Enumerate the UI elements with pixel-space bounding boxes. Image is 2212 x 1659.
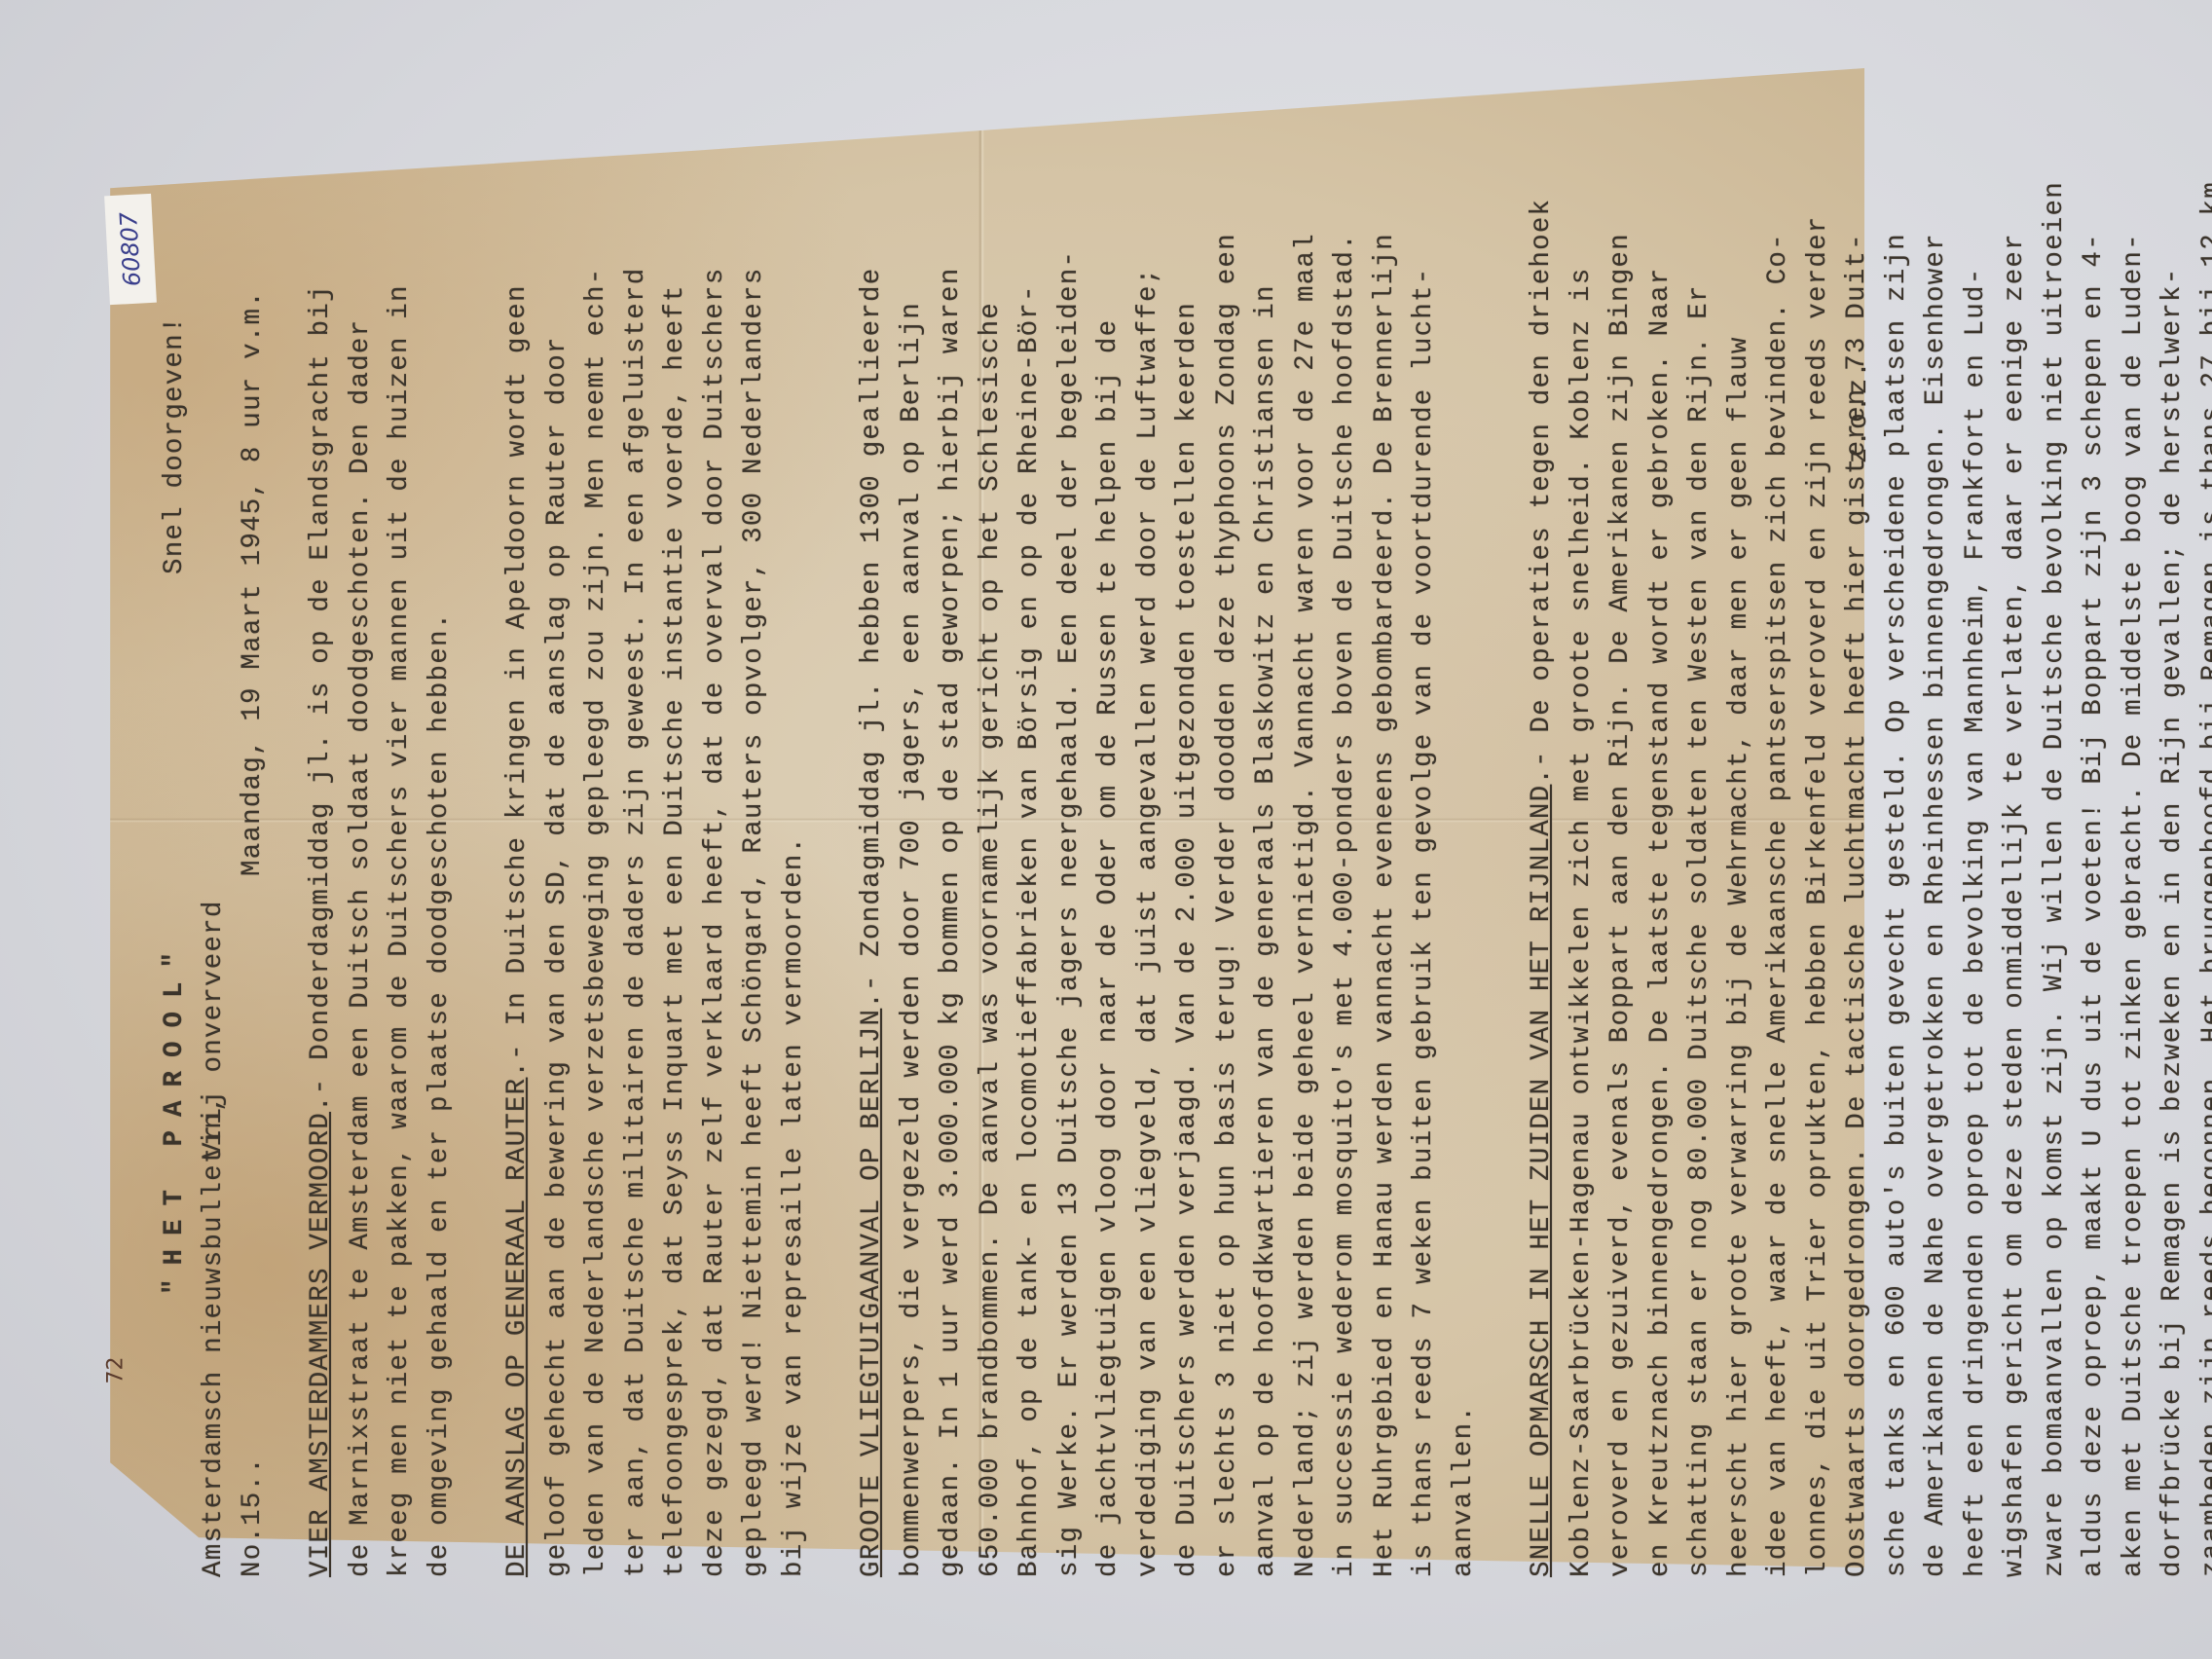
article-line: schatting staan er nog 80.000 Duitsche s… <box>1680 117 1720 1577</box>
dateline: Maandag, 19 Maart 1945, 8 uur v.m. <box>234 290 274 876</box>
article-line: ter aan, dat Duitsche militairen de dade… <box>617 117 657 1577</box>
article-line: de omgeving gehaald en ter plaatse doodg… <box>421 117 461 1577</box>
catalog-sticker: 60807 <box>104 194 157 305</box>
article-line: verdediging van een vliegveld, dat juist… <box>1129 117 1169 1577</box>
article-line: wigshafen gericht om deze steden onmidde… <box>1996 117 2036 1577</box>
article-line: de jachtvliegtuigen vloog door naar de O… <box>1089 117 1129 1577</box>
motto: Vrij onverveerd <box>195 900 235 1159</box>
article-headline: VIER AMSTERDAMMERS VERMOORD <box>306 1112 336 1577</box>
article-line: zaamheden zijn reeds begonnen. Het brugg… <box>2194 117 2212 1577</box>
article: SNELLE OPMARSCH IN HET ZUIDEN VAN HET RI… <box>1523 117 2212 1577</box>
article-line: dorffbrücke bij Remagen is bezweken en i… <box>2154 117 2194 1577</box>
article-line: aldus deze oproep, maakt U dus uit de vo… <box>2075 117 2115 1577</box>
article-line: gedaan. In 1 uur werd 3.000.000 kg bomme… <box>932 117 972 1577</box>
article-line: leden van de Nederlandsche verzetsbewegi… <box>577 117 617 1577</box>
article-line: DE AANSLAG OP GENERAAL RAUTER.- In Duits… <box>498 117 538 1577</box>
article-line: GROOTE VLIEGTUIGAANVAL OP BERLIJN.- Zond… <box>853 117 893 1577</box>
article-line: veroverd en gezuiverd, evenals Boppart a… <box>1602 117 1641 1577</box>
article-line: aanval op de hoofdkwartieren van de gene… <box>1247 117 1287 1577</box>
header: "HET PAROOL" Snel doorgeven! Amsterdamsc… <box>156 117 302 1577</box>
bulletin-subtitle: Amsterdamsch nieuwsbulletin, <box>195 1094 235 1577</box>
article-line: heeft een dringenden oproep tot de bevol… <box>1957 117 1997 1577</box>
masthead-title: "HET PAROOL" <box>156 939 196 1295</box>
article: VIER AMSTERDAMMERS VERMOORD.- Donderdagm… <box>302 117 460 1577</box>
article-headline: SNELLE OPMARSCH IN HET ZUIDEN VAN HET RI… <box>1527 785 1557 1577</box>
article-line: de Duitschers werden verjaagd. Van de 2.… <box>1168 117 1208 1577</box>
article-line: gepleegd werd! Niettemin heeft Schöngard… <box>735 117 775 1577</box>
article-line: geloof gehecht aan de bewering van den S… <box>538 117 578 1577</box>
article-line: en Kreutznach binnengedrongen. De laatst… <box>1641 117 1681 1577</box>
article-line: aken met Duitsche troepen tot zinken geb… <box>2115 117 2155 1577</box>
article-line: bommenwerpers, die vergezeld werden door… <box>893 117 933 1577</box>
article-line: heerscht hier groote verwarring bij de W… <box>1720 117 1760 1577</box>
article-line: kreeg men niet te pakken, waarom de Duit… <box>381 117 421 1577</box>
article-headline: DE AANSLAG OP GENERAAL RAUTER <box>502 1078 533 1577</box>
article-line: 650.000 brandbommen. De aanval was voorn… <box>972 117 1012 1577</box>
article-line: Bahnhof, op de tank- en locomotieffabrie… <box>1011 117 1051 1577</box>
article-line: deze gezegd, dat Rauter zelf verklaard h… <box>696 117 736 1577</box>
article-line: Nederland; zij werden beide geheel verni… <box>1287 117 1327 1577</box>
article-line: er slechts 3 niet op hun basis terug! Ve… <box>1208 117 1248 1577</box>
handwritten-page-mark: 72 <box>104 1357 129 1384</box>
article-line: is thans reeds 7 weken buiten gebruik te… <box>1405 117 1445 1577</box>
article-line: Koblenz-Saarbrücken-Hagenau ontwikkelen … <box>1563 117 1603 1577</box>
article-headline: GROOTE VLIEGTUIGAANVAL OP BERLIJN <box>857 1009 887 1577</box>
article: GROOTE VLIEGTUIGAANVAL OP BERLIJN.- Zond… <box>853 117 1484 1577</box>
article-line: sig Werke. Er werden 13 Duitsche jagers … <box>1051 117 1090 1577</box>
article-line: SNELLE OPMARSCH IN HET ZUIDEN VAN HET RI… <box>1523 117 1563 1577</box>
article-line: Het Ruhrgebied en Hanau werden vannacht … <box>1366 117 1406 1577</box>
article-line: Oostwaarts doorgedrongen. De tactische l… <box>1838 117 1878 1577</box>
article: DE AANSLAG OP GENERAAL RAUTER.- In Duits… <box>498 117 814 1577</box>
article-line: VIER AMSTERDAMMERS VERMOORD.- Donderdagm… <box>302 117 342 1577</box>
catalog-number: 60807 <box>115 211 146 287</box>
issue-number: No.15.. <box>234 1456 274 1577</box>
article-line: bij wijze van represaille laten vermoord… <box>775 117 815 1577</box>
article-line: de Amerikanen de Nahe overgetrokken en R… <box>1917 117 1957 1577</box>
article-line: sche tanks en 600 auto's buiten gevecht … <box>1878 117 1918 1577</box>
article-line: de Marnixstraat te Amsterdam een Duitsch… <box>342 117 382 1577</box>
article-line: telefoongesprek, dat Seyss Inquart met e… <box>656 117 696 1577</box>
article-line: idee van heeft, waar de snelle Amerikaan… <box>1759 117 1799 1577</box>
continuation-note: z.o.z. <box>1840 360 1880 463</box>
article-line: zware bomaanvallen op komst zijn. Wij wi… <box>2036 117 2076 1577</box>
article-line: in successie wederom mosquito's met 4.00… <box>1326 117 1366 1577</box>
typed-page: "HET PAROOL" Snel doorgeven! Amsterdamsc… <box>156 117 1899 1577</box>
article-line: aanvallen. <box>1445 117 1485 1577</box>
articles: VIER AMSTERDAMMERS VERMOORD.- Donderdagm… <box>302 117 2212 1577</box>
article-line: lonnes, die uit Trier oprukten, hebben B… <box>1799 117 1839 1577</box>
urgent-note: Snel doorgeven! <box>156 315 196 574</box>
